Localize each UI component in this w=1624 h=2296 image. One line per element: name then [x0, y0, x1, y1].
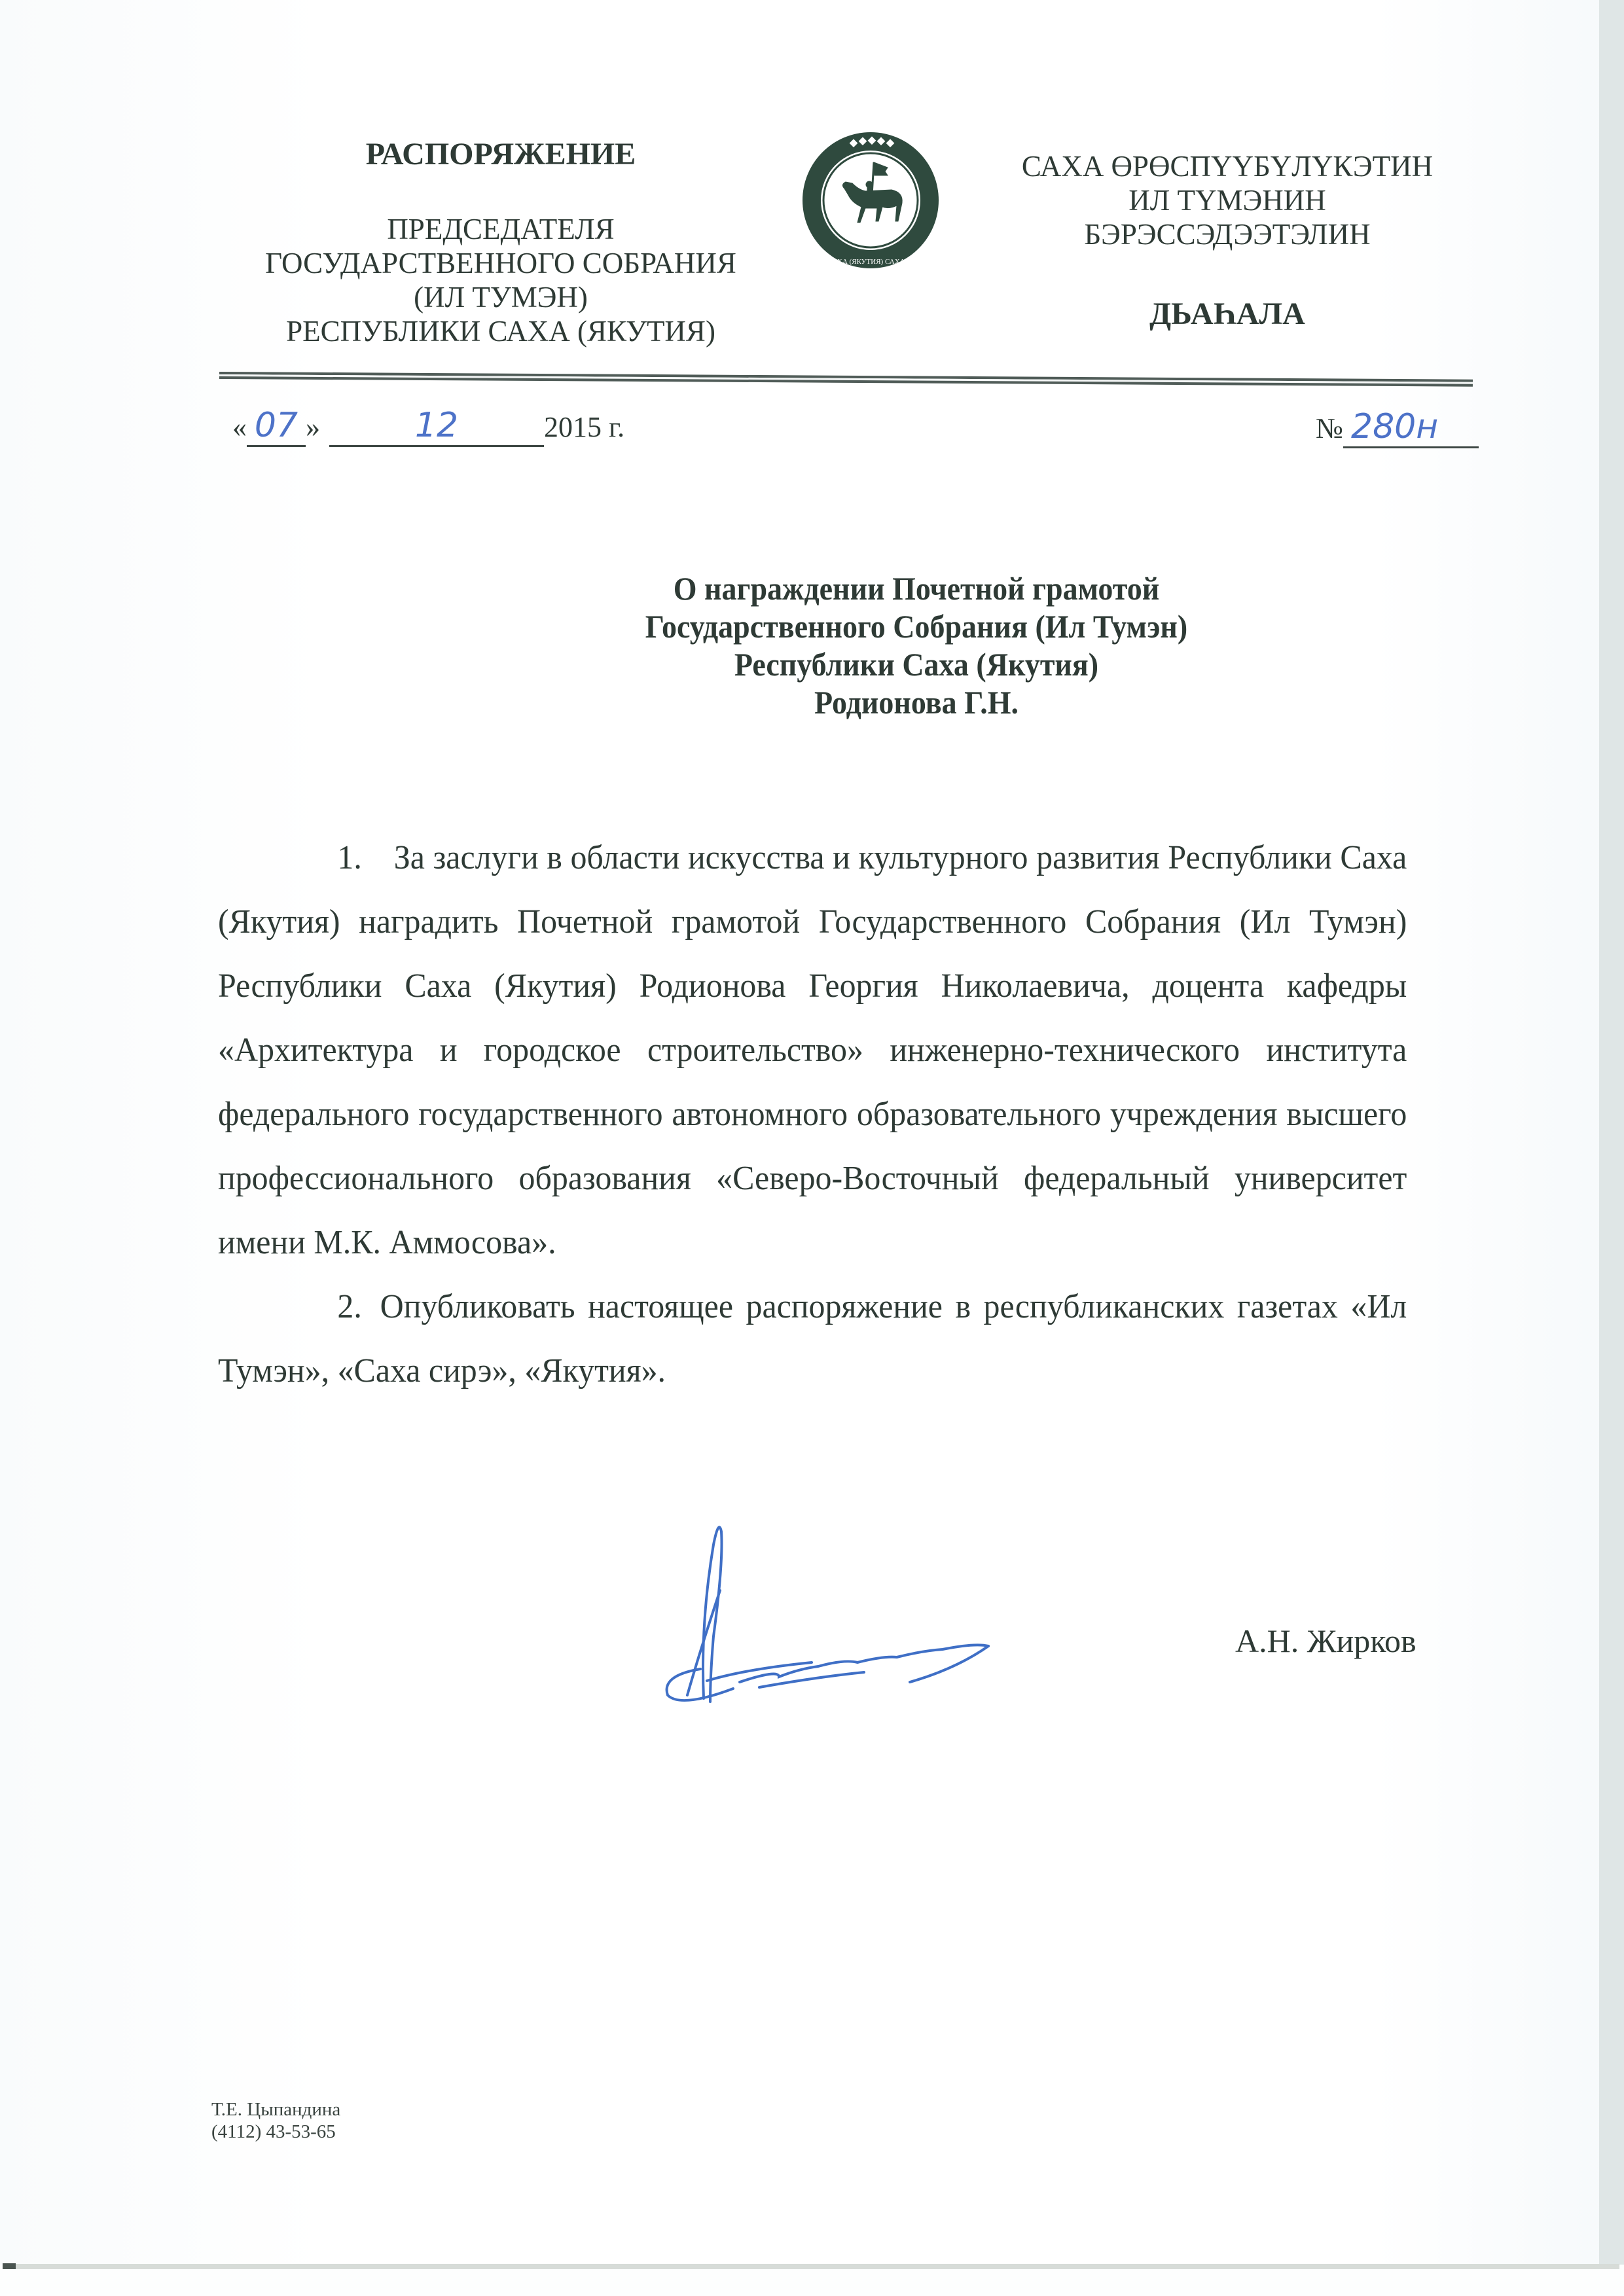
issuer-line-sakha: БЭРЭССЭДЭЭТЭЛИН — [982, 217, 1473, 251]
clause-text: Опубликовать настоящее распоряжение в ре… — [218, 1288, 1407, 1390]
document-type-sakha: ДЬАҺАЛА — [982, 297, 1473, 331]
clause-1: 1.За заслуги в области искусства и культ… — [218, 826, 1407, 1275]
clause-text: За заслуги в области искусства и культур… — [218, 839, 1407, 1261]
document-type-ru: РАСПОРЯЖЕНИЕ — [216, 137, 785, 171]
date-month-handwritten: 12 — [415, 406, 458, 445]
clause-2: 2.Опубликовать настоящее распоряжение в … — [218, 1275, 1407, 1403]
scan-edge-right — [1599, 0, 1624, 2265]
executor-phone: (4112) 43-53-65 — [211, 2121, 340, 2143]
scan-edge-bottom — [3, 2264, 1619, 2269]
issuer-line: ГОСУДАРСТВЕННОГО СОБРАНИЯ — [216, 246, 785, 280]
issuer-line-sakha: ИЛ ТҮМЭНИН — [982, 183, 1473, 217]
date-line: «07»122015 г. — [232, 406, 624, 445]
number-sign: № — [1316, 412, 1343, 444]
document-number-line: №280н — [1316, 407, 1479, 448]
header-right: САХА ӨРӨСПҮҮБҮЛҮКЭТИН ИЛ ТҮМЭНИН БЭРЭССЭ… — [982, 149, 1473, 331]
header-left: РАСПОРЯЖЕНИЕ ПРЕДСЕДАТЕЛЯ ГОСУДАРСТВЕННО… — [216, 137, 785, 348]
issuer-line: ПРЕДСЕДАТЕЛЯ — [216, 212, 785, 246]
signer-name: А.Н. Жирков — [1235, 1622, 1416, 1660]
date-day-handwritten: 07 — [255, 406, 298, 445]
scan-edge-corner — [3, 2263, 16, 2269]
clause-number: 2. — [337, 1275, 380, 1339]
executor-name: Т.Е. Цыпандина — [211, 2098, 340, 2121]
issuer-line: РЕСПУБЛИКИ САХА (ЯКУТИЯ) — [216, 314, 785, 348]
date-open-quote: « — [232, 410, 247, 444]
issuer-line: (ИЛ ТУМЭН) — [216, 280, 785, 314]
document-subject: О награждении Почетной грамотой Государс… — [507, 569, 1326, 721]
document-number-handwritten: 280н — [1351, 407, 1438, 446]
date-month-field: 12 — [329, 406, 544, 447]
date-day-field: 07 — [247, 406, 306, 447]
subject-line: Республики Саха (Якутия) — [507, 645, 1326, 683]
date-close-quote: » — [306, 410, 320, 444]
clause-number: 1. — [337, 826, 393, 890]
issuer-line-sakha: САХА ӨРӨСПҮҮБҮЛҮКЭТИН — [982, 149, 1473, 183]
document-number-field: 280н — [1343, 407, 1479, 448]
svg-text:РЕСПУБЛИКА САХА (ЯКУТИЯ) САХА: РЕСПУБЛИКА САХА (ЯКУТИЯ) САХА РЕСПУБЛИКА… — [800, 258, 941, 266]
handwritten-signature — [648, 1505, 1093, 1715]
date-year: 2015 г. — [544, 410, 624, 444]
subject-line: Государственного Собрания (Ил Тумэн) — [507, 607, 1326, 645]
subject-line: О награждении Почетной грамотой — [507, 569, 1326, 607]
coat-of-arms-icon: РЕСПУБЛИКА САХА (ЯКУТИЯ) САХА РЕСПУБЛИКА… — [800, 130, 941, 271]
document-body: 1.За заслуги в области искусства и культ… — [218, 826, 1407, 1403]
subject-line: Родионова Г.Н. — [507, 683, 1326, 721]
executor-note: Т.Е. Цыпандина (4112) 43-53-65 — [211, 2098, 340, 2143]
